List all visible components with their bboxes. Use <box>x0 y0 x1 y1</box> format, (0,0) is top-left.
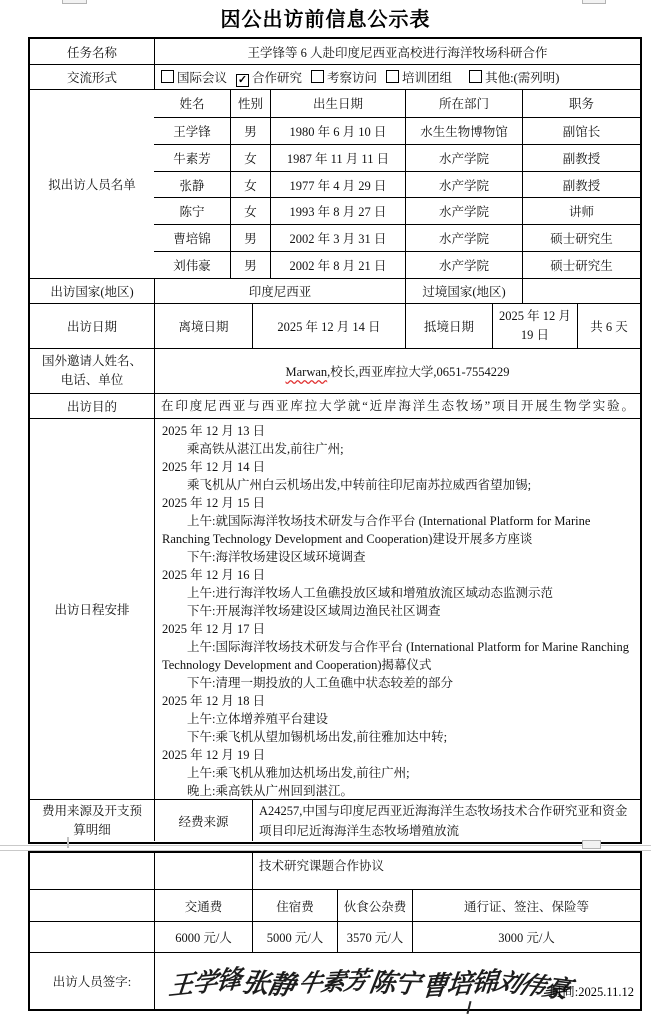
departure-value: 2025 年 12 月 14 日 <box>252 304 405 348</box>
exchange-type-options: 国际会议 ✓合作研究 考察访问 培训团组 其他:(需列明) <box>154 65 640 89</box>
personnel-header-gender: 性别 <box>230 90 270 117</box>
budget-source-value: A24257,中国与印度尼西亚近海海洋生态牧场技术合作研究亚和资金项目印尼近海海… <box>252 800 640 841</box>
transit-label: 过境国家(地区) <box>405 279 522 303</box>
signature-handwriting: 张静 <box>239 960 299 1002</box>
signature-time: 时间:2025.11.12 <box>550 982 634 1000</box>
expense-header-lodging: 住宿费 <box>252 890 337 921</box>
person-gender: 男 <box>230 225 270 251</box>
exchange-option-0-label: 国际会议 <box>177 71 227 85</box>
row-expense-headers: 交通费 住宿费 伙食公杂费 通行证、签注、保险等 <box>30 889 640 921</box>
row-signatures: 出访人员签字: 王学锋 张静 牛素芳 陈宁 曹培锦 刘伟豪 时间:2025.11… <box>30 952 640 1009</box>
person-birth: 2002 年 8 月 21 日 <box>270 252 405 278</box>
budget-source-label: 经费来源 <box>154 800 252 841</box>
exchange-checkbox-0[interactable] <box>161 70 174 83</box>
person-title: 硕士研究生 <box>522 252 640 278</box>
purpose-value: 在印度尼西亚与西亚库拉大学就“近岸海洋生态牧场”项目开展生物学实验。 <box>154 394 640 418</box>
itinerary-line: 乘高铁从湛江出发,前往广州; <box>162 440 634 458</box>
personnel-header-name: 姓名 <box>154 90 230 117</box>
personnel-table: 姓名 性别 出生日期 所在部门 职务 王学锋 男 1980 年 6 月 10 日… <box>154 90 640 278</box>
row-expense-values: 6000 元/人 5000 元/人 3570 元/人 3000 元/人 <box>30 921 640 952</box>
expense-value-permits: 3000 元/人 <box>412 922 640 952</box>
row-task: 任务名称 王学锋等 6 人赴印度尼西亚高校进行海洋牧场科研合作 <box>30 39 640 64</box>
signature-label: 出访人员签字: <box>30 953 154 1009</box>
task-label: 任务名称 <box>30 39 154 64</box>
person-name: 曹培锦 <box>154 225 230 251</box>
form-table-page1: 任务名称 王学锋等 6 人赴印度尼西亚高校进行海洋牧场科研合作 交流形式 国际会… <box>28 37 642 844</box>
personnel-row-2: 牛素芳 女 1987 年 11 月 11 日 水产学院 副教授 <box>154 144 640 171</box>
destination-label: 出访国家(地区) <box>30 279 154 303</box>
row-dates: 出访日期 离境日期 2025 年 12 月 14 日 抵境日期 2025 年 1… <box>30 303 640 348</box>
itinerary-line: 下午:乘飞机从望加锡机场出发,前往雅加达中转; <box>162 728 634 746</box>
inviter-label: 国外邀请人姓名、电话、单位 <box>30 349 154 393</box>
person-dept: 水产学院 <box>405 225 522 251</box>
person-title: 硕士研究生 <box>522 225 640 251</box>
expense-value-lodging: 5000 元/人 <box>252 922 337 952</box>
budget-source-label-cont <box>154 853 252 889</box>
table-handle-page-break <box>582 840 601 849</box>
exchange-checkbox-3[interactable] <box>386 70 399 83</box>
row-purpose: 出访目的 在印度尼西亚与西亚库拉大学就“近岸海洋生态牧场”项目开展生物学实验。 <box>30 393 640 418</box>
itinerary-line: 下午:开展海洋牧场建设区域周边渔民社区调查 <box>162 602 634 620</box>
personnel-header-birth: 出生日期 <box>270 90 405 117</box>
trip-duration: 共 6 天 <box>577 304 640 348</box>
inviter-value: Marwan,校长,西亚库拉大学,0651-7554229 <box>154 349 640 393</box>
exchange-option-1: ✓合作研究 <box>236 68 302 87</box>
exchange-option-2: 考察访问 <box>311 68 377 86</box>
arrival-value: 2025 年 12 月 19 日 <box>492 304 577 348</box>
row-personnel: 拟出访人员名单 姓名 性别 出生日期 所在部门 职务 王学锋 男 1980 年 … <box>30 89 640 278</box>
departure-label: 离境日期 <box>154 304 252 348</box>
row-budget-source-cont: 技术研究课题合作协议 <box>30 853 640 889</box>
itinerary-line: 上午:进行海洋牧场人工鱼礁投放区域和增殖放流区域动态监测示范 <box>162 584 634 602</box>
personnel-row-3: 张静 女 1977 年 4 月 29 日 水产学院 副教授 <box>154 171 640 198</box>
itinerary-line: 上午:就国际海洋牧场技术研发与合作平台 (International Platf… <box>162 512 634 548</box>
person-gender: 女 <box>230 172 270 198</box>
itinerary-line: 2025 年 12 月 19 日 <box>162 746 634 764</box>
document-page: 因公出访前信息公示表 任务名称 王学锋等 6 人赴印度尼西亚高校进行海洋牧场科研… <box>0 0 651 1014</box>
person-dept: 水生生物博物馆 <box>405 118 522 144</box>
transit-value <box>522 279 640 303</box>
expense-spacer <box>30 922 154 952</box>
row-exchange-type: 交流形式 国际会议 ✓合作研究 考察访问 培训团组 其他:(需列明) <box>30 64 640 89</box>
exchange-option-2-label: 考察访问 <box>327 71 377 85</box>
itinerary-line: 上午:国际海洋牧场技术研发与合作平台 (International Platfo… <box>162 638 634 674</box>
exchange-checkbox-4[interactable] <box>469 70 482 83</box>
person-dept: 水产学院 <box>405 252 522 278</box>
person-birth: 1987 年 11 月 11 日 <box>270 145 405 171</box>
itinerary-line: 上午:立体增养殖平台建设 <box>162 710 634 728</box>
person-birth: 2002 年 3 月 31 日 <box>270 225 405 251</box>
itinerary-label: 出访日程安排 <box>30 419 154 799</box>
personnel-row-6: 刘伟豪 男 2002 年 8 月 21 日 水产学院 硕士研究生 <box>154 251 640 278</box>
row-inviter: 国外邀请人姓名、电话、单位 Marwan,校长,西亚库拉大学,0651-7554… <box>30 348 640 393</box>
budget-label: 费用来源及开支预算明细 <box>30 800 154 841</box>
arrival-label: 抵境日期 <box>405 304 492 348</box>
page-break-tick-left <box>67 837 69 848</box>
itinerary-line: 2025 年 12 月 15 日 <box>162 494 634 512</box>
exchange-option-4: 其他:(需列明) <box>469 68 559 86</box>
person-name: 王学锋 <box>154 118 230 144</box>
personnel-header-title: 职务 <box>522 90 640 117</box>
form-table-page2: 技术研究课题合作协议 交通费 住宿费 伙食公杂费 通行证、签注、保险等 6000… <box>28 851 642 1011</box>
exchange-checkbox-1[interactable]: ✓ <box>236 74 249 87</box>
destination-value: 印度尼西亚 <box>154 279 405 303</box>
personnel-row-5: 曹培锦 男 2002 年 3 月 31 日 水产学院 硕士研究生 <box>154 224 640 251</box>
itinerary-line: 下午:海洋牧场建设区域环境调查 <box>162 548 634 566</box>
task-value: 王学锋等 6 人赴印度尼西亚高校进行海洋牧场科研合作 <box>154 39 640 64</box>
person-gender: 男 <box>230 252 270 278</box>
person-gender: 女 <box>230 145 270 171</box>
row-budget-source: 费用来源及开支预算明细 经费来源 A24257,中国与印度尼西亚近海海洋生态牧场… <box>30 799 640 841</box>
exchange-option-0: 国际会议 <box>161 68 227 86</box>
page-title: 因公出访前信息公示表 <box>0 3 651 32</box>
person-birth: 1980 年 6 月 10 日 <box>270 118 405 144</box>
itinerary-line: 晚上:乘高铁从广州回到湛江。 <box>162 782 634 800</box>
personnel-header-dept: 所在部门 <box>405 90 522 117</box>
dates-label: 出访日期 <box>30 304 154 348</box>
row-destination: 出访国家(地区) 印度尼西亚 过境国家(地区) <box>30 278 640 303</box>
purpose-label: 出访目的 <box>30 394 154 418</box>
signature-area: 王学锋 张静 牛素芳 陈宁 曹培锦 刘伟豪 时间:2025.11.12 <box>154 953 640 1009</box>
expense-header-permits: 通行证、签注、保险等 <box>412 890 640 921</box>
expense-spacer <box>30 890 154 921</box>
budget-source-value-cont: 技术研究课题合作协议 <box>252 853 640 889</box>
person-dept: 水产学院 <box>405 198 522 224</box>
personnel-header-row: 姓名 性别 出生日期 所在部门 职务 <box>154 90 640 117</box>
expense-header-meals: 伙食公杂费 <box>337 890 412 921</box>
itinerary-line: 2025 年 12 月 16 日 <box>162 566 634 584</box>
inviter-name-spellcheck: Marwan <box>286 365 328 379</box>
personnel-label: 拟出访人员名单 <box>30 90 154 278</box>
itinerary-line: 2025 年 12 月 18 日 <box>162 692 634 710</box>
expense-header-transport: 交通费 <box>154 890 252 921</box>
person-name: 张静 <box>154 172 230 198</box>
person-dept: 水产学院 <box>405 172 522 198</box>
page1-bottom-edge <box>0 845 651 846</box>
signature-handwriting: 牛素芳 <box>296 959 372 998</box>
person-title: 副教授 <box>522 172 640 198</box>
person-title: 副教授 <box>522 145 640 171</box>
itinerary-content: 2025 年 12 月 13 日 乘高铁从湛江出发,前往广州; 2025 年 1… <box>154 419 640 799</box>
itinerary-line: 上午:乘飞机从雅加达机场出发,前往广州; <box>162 764 634 782</box>
person-birth: 1977 年 4 月 29 日 <box>270 172 405 198</box>
person-name: 刘伟豪 <box>154 252 230 278</box>
exchange-option-3: 培训团组 <box>386 68 452 86</box>
person-title: 副馆长 <box>522 118 640 144</box>
itinerary-line: 2025 年 12 月 13 日 <box>162 422 634 440</box>
personnel-row-4: 陈宁 女 1993 年 8 月 27 日 水产学院 讲师 <box>154 197 640 224</box>
expense-value-transport: 6000 元/人 <box>154 922 252 952</box>
person-name: 牛素芳 <box>154 145 230 171</box>
signature-handwriting: 曹培锦 <box>420 961 499 1004</box>
exchange-type-label: 交流形式 <box>30 65 154 89</box>
itinerary-line: 下午:清理一期投放的人工鱼礁中状态较差的部分 <box>162 674 634 692</box>
itinerary-line: 2025 年 12 月 14 日 <box>162 458 634 476</box>
signature-handwriting: 王学锋 <box>167 959 242 1003</box>
budget-label-cont <box>30 853 154 889</box>
exchange-checkbox-2[interactable] <box>311 70 324 83</box>
person-dept: 水产学院 <box>405 145 522 171</box>
personnel-row-1: 王学锋 男 1980 年 6 月 10 日 水生生物博物馆 副馆长 <box>154 117 640 144</box>
row-itinerary: 出访日程安排 2025 年 12 月 13 日 乘高铁从湛江出发,前往广州; 2… <box>30 418 640 799</box>
person-name: 陈宁 <box>154 198 230 224</box>
signature-handwriting: 陈宁 <box>367 962 422 1001</box>
exchange-option-3-label: 培训团组 <box>402 71 452 85</box>
exchange-option-4-label: 其他:(需列明) <box>485 71 559 85</box>
itinerary-line: 2025 年 12 月 17 日 <box>162 620 634 638</box>
person-gender: 女 <box>230 198 270 224</box>
person-title: 讲师 <box>522 198 640 224</box>
exchange-option-1-label: 合作研究 <box>252 71 302 85</box>
expense-value-meals: 3570 元/人 <box>337 922 412 952</box>
person-birth: 1993 年 8 月 27 日 <box>270 198 405 224</box>
person-gender: 男 <box>230 118 270 144</box>
itinerary-line: 乘飞机从广州白云机场出发,中转前往印尼南苏拉威西省望加锡; <box>162 476 634 494</box>
inviter-rest: ,校长,西亚库拉大学,0651-7554229 <box>327 365 509 379</box>
